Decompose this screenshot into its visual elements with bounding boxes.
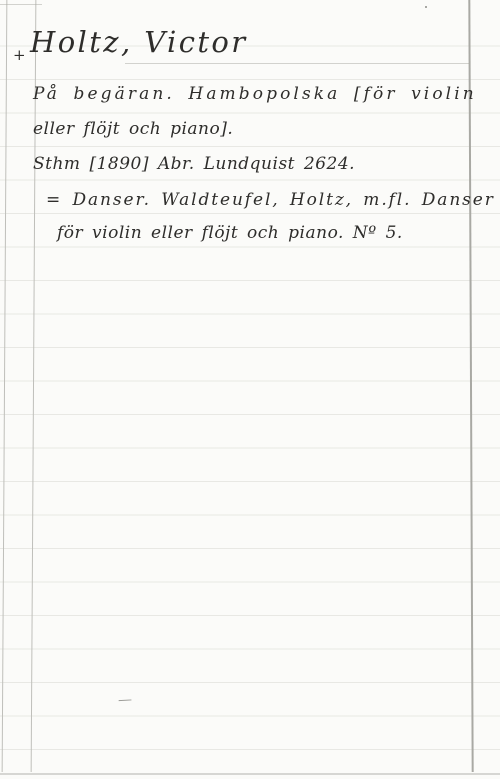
pencil-dash-mark: — (118, 692, 133, 709)
left-margin-line-inner (31, 0, 37, 772)
title-line-2: eller flöjt och piano]. (33, 119, 233, 139)
plus-marker: + (13, 46, 26, 64)
entry-heading-author: Holtz, Victor (30, 24, 248, 60)
card-bottom-edge-line (0, 773, 500, 775)
paper-speck (425, 6, 427, 8)
imprint-line: Sthm [1890] Abr. Lundquist 2624. (33, 154, 355, 174)
catalog-card: + Holtz, Victor På begäran. Hambopolska … (0, 0, 500, 779)
right-margin-line (468, 0, 473, 772)
left-margin-line-outer (2, 0, 8, 772)
heading-rule-line (125, 63, 469, 64)
top-left-rule-line (0, 4, 42, 5)
cross-reference-line-2: för violin eller flöjt och piano. Nº 5. (57, 223, 403, 243)
cross-reference-line-1: = Danser. Waldteufel, Holtz, m.fl. Danse… (46, 190, 495, 210)
title-line-1: På begäran. Hambopolska [för violin (33, 84, 477, 104)
